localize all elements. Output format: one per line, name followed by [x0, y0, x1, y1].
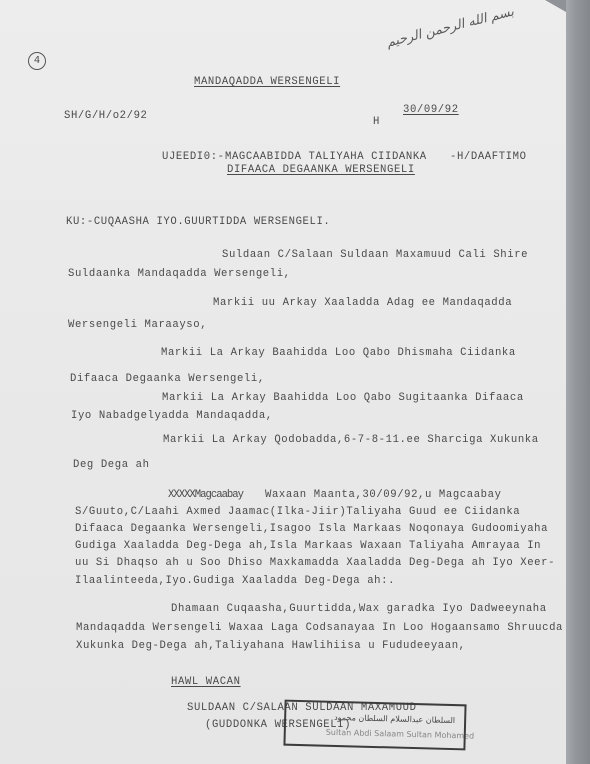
paragraph-1-rest: Suldaanka Mandaqadda Wersengeli, [68, 268, 291, 280]
paragraph-4-rest: Iyo Nabadgelyadda Mandaqadda, [71, 410, 273, 422]
struck-through-text: XXXXXMagcaabay [168, 489, 243, 501]
closing-line-2: Mandaqadda Wersengeli Waxaa Laga Codsana… [76, 622, 563, 634]
decision-line-6: Ilaalinteeda,Iyo.Gudiga Xaaladda Deg-Deg… [75, 575, 395, 587]
closing-line-1: Dhamaan Cuqaasha,Guurtidda,Wax garadka I… [171, 603, 547, 615]
closing-line-3: Xukunka Deg-Dega ah,Taliyahana Hawlihiis… [76, 640, 466, 652]
paragraph-5-rest: Deg Dega ah [73, 459, 150, 471]
paragraph-4-first: Markii La Arkay Baahidda Loo Qabo Sugita… [162, 392, 524, 404]
subject-line-1: MAGCAABIDDA TALIYAHA CIIDANKA [225, 151, 427, 163]
decision-line-2: S/Guuto,C/Laahi Axmed Jaamac(Ilka-Jiir)T… [75, 506, 520, 518]
handwritten-basmala: بسم الله الرحمن الرحيم [385, 4, 515, 50]
page-title: MANDAQADDA WERSENGELI [194, 76, 340, 88]
subject-suffix: -H/DAAFTIMO [450, 151, 527, 163]
decision-line-1: Waxaan Maanta,30/09/92,u Magcaabay [265, 489, 502, 501]
scanner-edge [566, 0, 590, 764]
paragraph-3-first: Markii La Arkay Baahidda Loo Qabo Dhisma… [161, 347, 516, 359]
margin-number-mark: 4 [28, 52, 46, 70]
paragraph-2-first: Markii uu Arkay Xaaladda Adag ee Mandaqa… [213, 297, 512, 309]
reference-number: SH/G/H/o2/92 [64, 110, 148, 122]
header-mark: H [373, 116, 380, 128]
paragraph-1-first: Suldaan C/Salaan Suldaan Maxamuud Cali S… [222, 249, 528, 261]
stamp-arabic-text: السلطان عبدالسلام السلطان محمود [334, 713, 455, 725]
decision-line-3: Difaaca Degaanka Wersengeli,Isagoo Isla … [75, 523, 548, 535]
official-stamp: السلطان عبدالسلام السلطان محمود Sultan A… [283, 700, 466, 751]
paragraph-5-first: Markii La Arkay Qodobadda,6-7-8-11.ee Sh… [163, 434, 539, 446]
subject-label: UJEEDI0:- [162, 151, 225, 163]
decision-line-4: Gudiga Xaaladda Deg-Dega ah,Isla Markaas… [75, 540, 541, 552]
stamp-latin-text: Sultan Abdi Salaam Sultan Mohamed [326, 728, 475, 741]
document-page: بسم الله الرحمن الرحيم 4 MANDAQADDA WERS… [0, 0, 566, 764]
subject-line-2: DIFAACA DEGAANKA WERSENGELI [227, 164, 415, 176]
paragraph-3-rest: Difaaca Degaanka Wersengeli, [70, 373, 265, 385]
salutation: HAWL WACAN [171, 676, 241, 688]
decision-line-5: uu Si Dhaqso ah u Soo Dhiso Maxkamadda X… [75, 557, 555, 569]
paragraph-2-rest: Wersengeli Maraayso, [68, 319, 207, 331]
document-date: 30/09/92 [403, 104, 459, 116]
addressee: KU:-CUQAASHA IYO.GUURTIDDA WERSENGELI. [66, 216, 330, 228]
